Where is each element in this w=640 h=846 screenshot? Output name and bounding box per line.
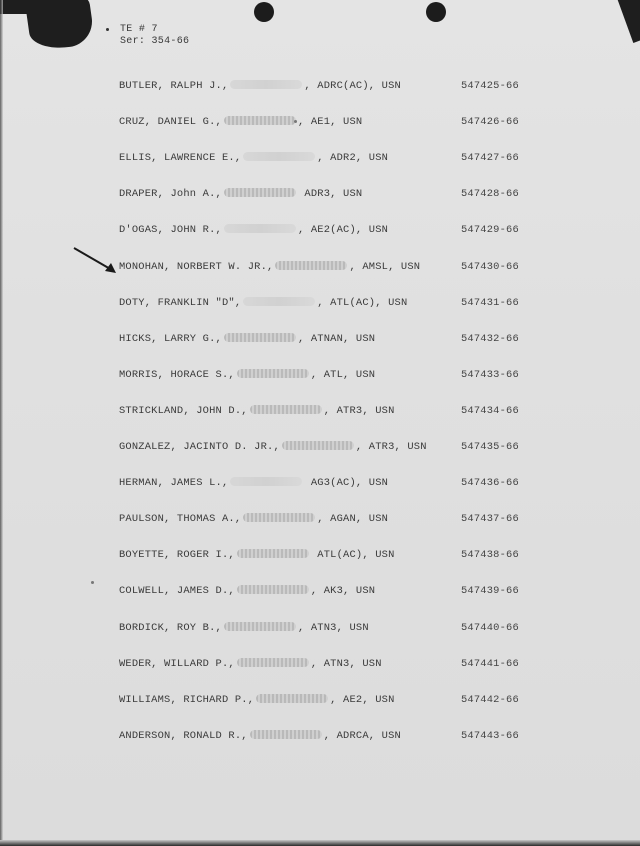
rating-branch: , ATN3, USN [311,658,382,670]
roster-row: ANDERSON, RONALD R.,, ADRCA, USN547443-6… [0,729,640,743]
roster-row: PAULSON, THOMAS A.,, AGAN, USN547437-66 [0,512,640,526]
person-name: WEDER, WILLARD P., [119,658,235,670]
roster-name: WILLIAMS, RICHARD P.,, AE2, USN [119,693,395,707]
roster-name: WEDER, WILLARD P.,, ATN3, USN [119,657,382,671]
redaction-mark [243,297,315,306]
document-header: TE # 7 Ser: 354-66 [120,24,189,48]
rating-branch: , ADRCA, USN [324,730,401,742]
serial-number: 547433-66 [461,368,519,382]
stray-mark [91,581,94,584]
rating-branch: , ADR2, USN [317,152,388,164]
rating-branch: , ATL, USN [311,369,375,381]
scan-corner-damage [25,0,96,52]
serial-number: 547435-66 [461,440,519,454]
roster-row: BUTLER, RALPH J.,, ADRC(AC), USN547425-6… [0,79,640,93]
rating-branch: ATL(AC), USN [311,549,395,561]
roster-row: MORRIS, HORACE S.,, ATL, USN547433-66 [0,368,640,382]
scan-corner-damage [616,0,640,43]
scanned-document-page: TE # 7 Ser: 354-66 BUTLER, RALPH J.,, AD… [0,0,640,846]
serial-number: 547437-66 [461,512,519,526]
roster-row: DRAPER, John A., ADR3, USN547428-66 [0,187,640,201]
header-serial: Ser: 354-66 [120,36,189,48]
person-name: STRICKLAND, JOHN D., [119,405,248,417]
rating-branch: , AMSL, USN [349,261,420,273]
rating-branch: , AE1, USN [298,116,362,128]
roster-name: STRICKLAND, JOHN D.,, ATR3, USN [119,404,395,418]
redaction-mark [282,441,354,450]
header-te-number: TE # 7 [120,24,189,36]
serial-number: 547436-66 [461,476,519,490]
roster-row: WEDER, WILLARD P.,, ATN3, USN547441-66 [0,657,640,671]
roster-row: HICKS, LARRY G.,, ATNAN, USN547432-66 [0,332,640,346]
person-name: DOTY, FRANKLIN "D", [119,297,241,309]
redaction-mark [224,116,296,125]
serial-number: 547430-66 [461,260,519,274]
rating-branch: ADR3, USN [298,188,362,200]
person-name: BUTLER, RALPH J., [119,80,228,92]
redaction-mark [224,224,296,233]
redaction-mark [243,513,315,522]
person-name: HERMAN, JAMES L., [119,477,228,489]
redaction-mark [237,549,309,558]
roster-row: WILLIAMS, RICHARD P.,, AE2, USN547442-66 [0,693,640,707]
rating-branch: , ATR3, USN [356,441,427,453]
serial-number: 547438-66 [461,548,519,562]
rating-branch: AG3(AC), USN [304,477,388,489]
roster-row: D'OGAS, JOHN R.,, AE2(AC), USN547429-66 [0,223,640,237]
roster-name: BUTLER, RALPH J.,, ADRC(AC), USN [119,79,401,93]
roster-name: BOYETTE, ROGER I., ATL(AC), USN [119,548,395,562]
roster-name: BORDICK, ROY B.,, ATN3, USN [119,621,369,635]
roster-row: COLWELL, JAMES D.,, AK3, USN547439-66 [0,584,640,598]
roster-name: DOTY, FRANKLIN "D",, ATL(AC), USN [119,296,407,310]
person-name: BORDICK, ROY B., [119,622,222,634]
roster-name: D'OGAS, JOHN R.,, AE2(AC), USN [119,223,388,237]
redaction-mark [237,658,309,667]
roster-name: CRUZ, DANIEL G.,, AE1, USN [119,115,362,129]
serial-number: 547431-66 [461,296,519,310]
roster-name: GONZALEZ, JACINTO D. JR.,, ATR3, USN [119,440,427,454]
roster-row: DOTY, FRANKLIN "D",, ATL(AC), USN547431-… [0,296,640,310]
redaction-mark [237,585,309,594]
person-name: MONOHAN, NORBERT W. JR., [119,261,273,273]
stray-mark [294,120,297,123]
person-name: PAULSON, THOMAS A., [119,513,241,525]
roster-name: COLWELL, JAMES D.,, AK3, USN [119,584,375,598]
person-name: COLWELL, JAMES D., [119,585,235,597]
roster-row: BOYETTE, ROGER I., ATL(AC), USN547438-66 [0,548,640,562]
person-name: GONZALEZ, JACINTO D. JR., [119,441,280,453]
roster-name: MORRIS, HORACE S.,, ATL, USN [119,368,375,382]
arrow-icon [72,246,120,278]
roster-name: DRAPER, John A., ADR3, USN [119,187,362,201]
serial-number: 547432-66 [461,332,519,346]
rating-branch: , AE2, USN [330,694,394,706]
redaction-mark [224,622,296,631]
roster-name: MONOHAN, NORBERT W. JR.,, AMSL, USN [119,260,420,274]
serial-number: 547425-66 [461,79,519,93]
bullet-dot [106,28,109,31]
person-name: HICKS, LARRY G., [119,333,222,345]
rating-branch: , ATL(AC), USN [317,297,407,309]
redaction-mark [250,405,322,414]
rating-branch: , AE2(AC), USN [298,224,388,236]
serial-number: 547434-66 [461,404,519,418]
roster-name: ANDERSON, RONALD R.,, ADRCA, USN [119,729,401,743]
redaction-mark [224,188,296,197]
rating-branch: , ADRC(AC), USN [304,80,401,92]
scan-edge [0,840,640,846]
serial-number: 547441-66 [461,657,519,671]
punch-hole [426,2,446,22]
serial-number: 547442-66 [461,693,519,707]
person-name: MORRIS, HORACE S., [119,369,235,381]
redaction-mark [243,152,315,161]
serial-number: 547427-66 [461,151,519,165]
rating-branch: , ATNAN, USN [298,333,375,345]
person-name: BOYETTE, ROGER I., [119,549,235,561]
serial-number: 547443-66 [461,729,519,743]
roster-row: STRICKLAND, JOHN D.,, ATR3, USN547434-66 [0,404,640,418]
roster-name: ELLIS, LAWRENCE E.,, ADR2, USN [119,151,388,165]
redaction-mark [256,694,328,703]
rating-branch: , ATN3, USN [298,622,369,634]
redaction-mark [230,477,302,486]
serial-number: 547426-66 [461,115,519,129]
person-name: D'OGAS, JOHN R., [119,224,222,236]
roster-row: ELLIS, LAWRENCE E.,, ADR2, USN547427-66 [0,151,640,165]
person-name: ELLIS, LAWRENCE E., [119,152,241,164]
serial-number: 547429-66 [461,223,519,237]
redaction-mark [250,730,322,739]
rating-branch: , AGAN, USN [317,513,388,525]
person-name: DRAPER, John A., [119,188,222,200]
redaction-mark [230,80,302,89]
redaction-mark [224,333,296,342]
roster-name: HERMAN, JAMES L., AG3(AC), USN [119,476,388,490]
redaction-mark [275,261,347,270]
roster-row: CRUZ, DANIEL G.,, AE1, USN547426-66 [0,115,640,129]
serial-number: 547439-66 [461,584,519,598]
roster-row: GONZALEZ, JACINTO D. JR.,, ATR3, USN5474… [0,440,640,454]
roster-row: BORDICK, ROY B.,, ATN3, USN547440-66 [0,621,640,635]
rating-branch: , AK3, USN [311,585,375,597]
person-name: WILLIAMS, RICHARD P., [119,694,254,706]
roster-row: HERMAN, JAMES L., AG3(AC), USN547436-66 [0,476,640,490]
person-name: CRUZ, DANIEL G., [119,116,222,128]
redaction-mark [237,369,309,378]
roster-name: PAULSON, THOMAS A.,, AGAN, USN [119,512,388,526]
serial-number: 547440-66 [461,621,519,635]
roster-name: HICKS, LARRY G.,, ATNAN, USN [119,332,375,346]
serial-number: 547428-66 [461,187,519,201]
person-name: ANDERSON, RONALD R., [119,730,248,742]
punch-hole [254,2,274,22]
rating-branch: , ATR3, USN [324,405,395,417]
